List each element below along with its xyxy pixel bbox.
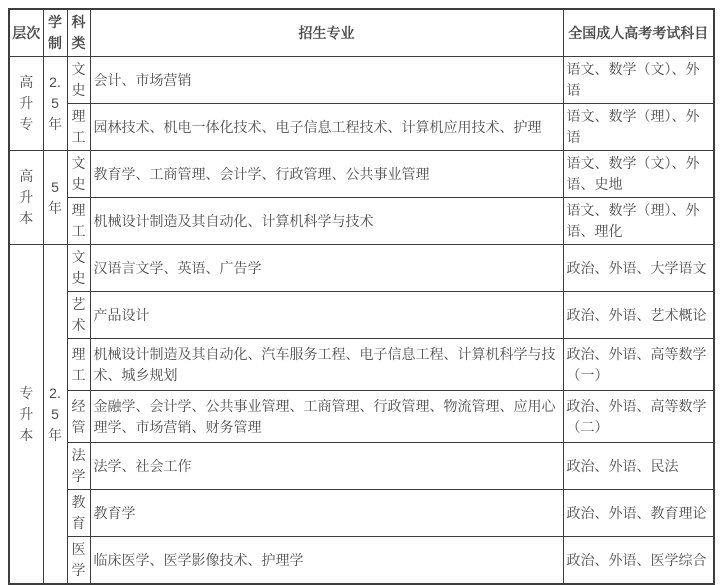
category-cell: 理工	[67, 339, 90, 391]
subjects-cell: 政治、外语、教育理论	[563, 490, 714, 537]
table-row: 经管 金融学、会计学、公共事业管理、工商管理、行政管理、物流管理、应用心理学、市…	[9, 391, 714, 443]
category-cell: 理工	[67, 104, 90, 151]
subjects-cell: 语文、数学（文）、外语	[563, 57, 714, 104]
majors-cell: 机械设计制造及其自动化、计算机科学与技术	[90, 198, 563, 245]
table-row: 高升本 5年 文史 教育学、工商管理、会计学、行政管理、公共事业管理 语文、数学…	[9, 151, 714, 198]
col-header-level: 层次	[9, 9, 43, 57]
table-row: 法学 法学、社会工作 政治、外语、民法	[9, 443, 714, 490]
category-cell: 文史	[67, 151, 90, 198]
col-header-subjects: 全国成人高考考试科目	[563, 9, 714, 57]
page-content: 层次 学制 科类 招生专业 全国成人高考考试科目 高升专 2.5年 文史 会计、…	[0, 0, 721, 585]
table-row: 教育 教育学 政治、外语、教育理论	[9, 490, 714, 537]
subjects-cell: 语文、数学（文）、外语、史地	[563, 151, 714, 198]
duration-cell: 2.5年	[43, 245, 67, 585]
admissions-table: 层次 学制 科类 招生专业 全国成人高考考试科目 高升专 2.5年 文史 会计、…	[8, 8, 715, 585]
subjects-cell: 政治、外语、医学综合	[563, 537, 714, 585]
level-cell: 高升本	[9, 151, 43, 245]
table-row: 高升专 2.5年 文史 会计、市场营销 语文、数学（文）、外语	[9, 57, 714, 104]
subjects-cell: 政治、外语、高等数学（二）	[563, 391, 714, 443]
table-row: 医学 临床医学、医学影像技术、护理学 政治、外语、医学综合	[9, 537, 714, 585]
majors-cell: 金融学、会计学、公共事业管理、工商管理、行政管理、物流管理、应用心理学、市场营销…	[90, 391, 563, 443]
majors-cell: 会计、市场营销	[90, 57, 563, 104]
subjects-cell: 政治、外语、大学语文	[563, 245, 714, 292]
category-cell: 经管	[67, 391, 90, 443]
subjects-cell: 语文、数学（理）、外语	[563, 104, 714, 151]
majors-cell: 汉语言文学、英语、广告学	[90, 245, 563, 292]
subjects-cell: 政治、外语、艺术概论	[563, 292, 714, 339]
header-row: 层次 学制 科类 招生专业 全国成人高考考试科目	[9, 9, 714, 57]
subjects-cell: 语文、数学（理）、外语、理化	[563, 198, 714, 245]
subjects-cell: 政治、外语、高等数学（一）	[563, 339, 714, 391]
duration-cell: 2.5年	[43, 57, 67, 151]
table-row: 专升本 2.5年 文史 汉语言文学、英语、广告学 政治、外语、大学语文	[9, 245, 714, 292]
majors-cell: 教育学	[90, 490, 563, 537]
col-header-duration: 学制	[43, 9, 67, 57]
table-row: 理工 机械设计制造及其自动化、汽车服务工程、电子信息工程、计算机科学与技术、城乡…	[9, 339, 714, 391]
category-cell: 医学	[67, 537, 90, 585]
category-cell: 文史	[67, 57, 90, 104]
majors-cell: 产品设计	[90, 292, 563, 339]
category-cell: 文史	[67, 245, 90, 292]
level-cell: 专升本	[9, 245, 43, 585]
level-cell: 高升专	[9, 57, 43, 151]
table-row: 理工 园林技术、机电一体化技术、电子信息工程技术、计算机应用技术、护理 语文、数…	[9, 104, 714, 151]
majors-cell: 教育学、工商管理、会计学、行政管理、公共事业管理	[90, 151, 563, 198]
subjects-cell: 政治、外语、民法	[563, 443, 714, 490]
table-row: 艺术 产品设计 政治、外语、艺术概论	[9, 292, 714, 339]
category-cell: 艺术	[67, 292, 90, 339]
majors-cell: 临床医学、医学影像技术、护理学	[90, 537, 563, 585]
majors-cell: 机械设计制造及其自动化、汽车服务工程、电子信息工程、计算机科学与技术、城乡规划	[90, 339, 563, 391]
majors-cell: 法学、社会工作	[90, 443, 563, 490]
category-cell: 理工	[67, 198, 90, 245]
col-header-majors: 招生专业	[90, 9, 563, 57]
majors-cell: 园林技术、机电一体化技术、电子信息工程技术、计算机应用技术、护理	[90, 104, 563, 151]
category-cell: 法学	[67, 443, 90, 490]
table-row: 理工 机械设计制造及其自动化、计算机科学与技术 语文、数学（理）、外语、理化	[9, 198, 714, 245]
col-header-category: 科类	[67, 9, 90, 57]
category-cell: 教育	[67, 490, 90, 537]
duration-cell: 5年	[43, 151, 67, 245]
